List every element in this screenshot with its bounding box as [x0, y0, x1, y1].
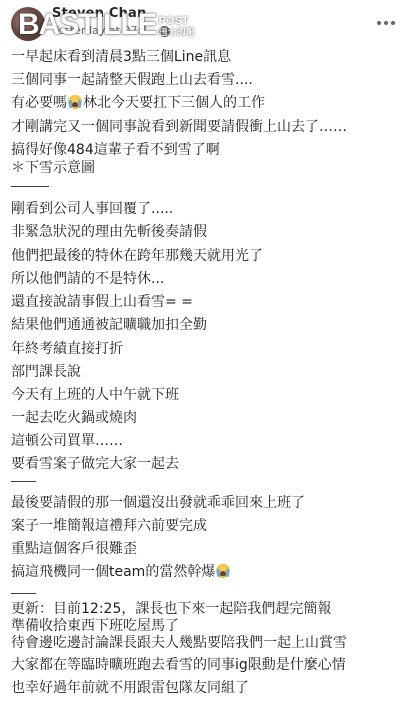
post-line: 結果他們通通被記曠職加扣全勤 — [11, 316, 207, 334]
divider — [11, 593, 36, 594]
post-line: 部門課長說 — [11, 363, 81, 381]
post-line: ＊下雪示意圖 — [11, 159, 95, 177]
post-line: 搞這飛機同一個team的當然幹爆 — [11, 563, 231, 581]
avatar[interactable] — [11, 7, 45, 41]
divider — [11, 186, 49, 187]
facebook-post: Steven Chan Yesterday at 07:? BASTILLE P… — [0, 0, 415, 704]
divider — [11, 481, 36, 482]
post-line: 才剛講完又一個同事說看到新聞要請假衝上山去了…… — [11, 118, 347, 136]
post-line: 要看雪案子做完大家一起去 — [11, 455, 179, 473]
post-line: 一起去吃火鍋或燒肉 — [11, 409, 137, 427]
post-line: 最後要請假的那一個還沒出發就乖乖回來上班了 — [11, 494, 305, 512]
post-line: 也幸好過年前就不用跟雷包隊友同組了 — [11, 679, 249, 697]
post-line: 這頓公司買單…… — [11, 432, 123, 450]
post-line-part: 有必要嗎 — [11, 95, 67, 111]
crying-face-icon — [68, 95, 82, 109]
post-line: 準備收拾東西下班吃屋馬了 — [11, 617, 179, 635]
post-line: 待會邊吃邊討論課長跟夫人幾點要陪我們一起上山賞雪 — [11, 634, 347, 652]
post-line: 搞得好像484這輩子看不到雪了啊 — [11, 141, 220, 159]
post-line: 他們把最後的特休在跨年那幾天就用光了 — [11, 247, 263, 265]
post-line: 案子一堆簡報這禮拜六前要完成 — [11, 517, 207, 535]
more-options-icon — [384, 21, 388, 25]
globe-icon — [159, 26, 170, 37]
post-line: 非緊急狀況的理由先斬後奏請假 — [11, 223, 207, 241]
post-line: 剛看到公司人事回覆了..... — [11, 200, 173, 218]
crying-face-icon — [216, 564, 230, 578]
post-line-part: 林北今天要扛下三個人的工作 — [83, 95, 265, 111]
post-line: 三個同事一起請整天假跑上山去看雪.... — [11, 71, 253, 89]
post-line: 年終考績直接打折 — [11, 340, 123, 358]
post-line-part: 搞這飛機同一個team的當然幹爆 — [11, 564, 215, 580]
post-line: 更新：目前12:25，課長也下來一起陪我們趕完簡報 — [11, 600, 331, 618]
post-line: 有必要嗎林北今天要扛下三個人的工作 — [11, 94, 265, 112]
post-line: 大家都在等臨時曠班跑去看雪的同事ig限動是什麼心情 — [11, 656, 346, 674]
post-line: 所以他們請的不是特休... — [11, 270, 164, 288]
author-name[interactable]: Steven Chan — [52, 6, 147, 21]
post-line: 一早起床看到清晨3點三個Line訊息 — [11, 48, 231, 66]
post-header: Steven Chan Yesterday at 07:? BASTILLE P… — [0, 0, 415, 44]
post-line: 還直接說請事假上山看雪= = — [11, 293, 193, 311]
post-timestamp[interactable]: Yesterday at 07:? — [52, 24, 147, 37]
post-line: 今天有上班的人中午就下班 — [11, 386, 179, 404]
post-line: 重點這個客戶很難歪 — [11, 540, 137, 558]
more-options-button[interactable] — [375, 18, 397, 28]
more-options-icon — [391, 21, 395, 25]
more-options-icon — [377, 21, 381, 25]
